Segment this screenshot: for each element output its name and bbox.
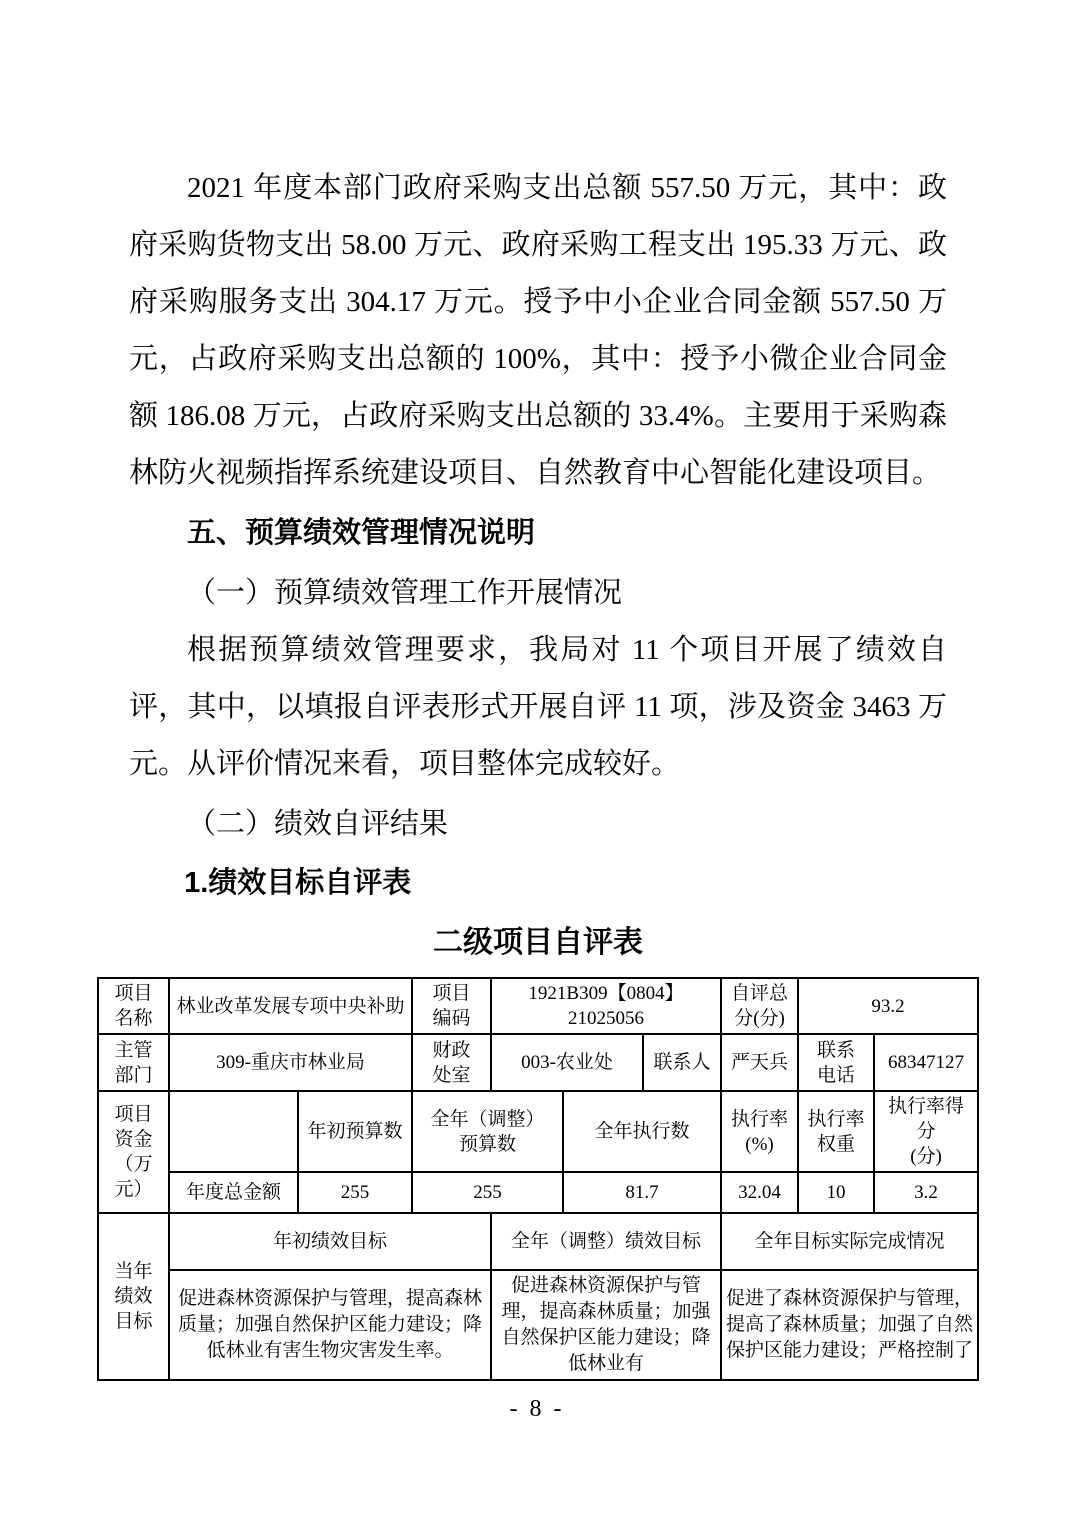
self-score-cell: 93.2: [798, 978, 978, 1034]
self-evaluation-table: 项目 名称 林业改革发展专项中央补助 项目 编码 1921B309【0804】2…: [97, 977, 979, 1381]
self-score-label-cell: 自评总 分(分): [721, 978, 798, 1034]
empty-cell: [169, 1091, 298, 1172]
total-initial-cell: 255: [298, 1172, 412, 1213]
page-number: - 8 -: [0, 1396, 1074, 1423]
total-adjusted-cell: 255: [412, 1172, 563, 1213]
phone-label-cell: 联系 电话: [798, 1034, 874, 1091]
col-adjusted-budget-cell: 全年（调整） 预算数: [412, 1091, 563, 1172]
goal-label-cell: 当年 绩效 目标: [98, 1213, 169, 1380]
table-title: 二级项目自评表: [129, 914, 947, 971]
table-row: 当年 绩效 目标 年初绩效目标 全年（调整）绩效目标 全年目标实际完成情况: [98, 1213, 978, 1270]
total-label-cell: 年度总金额: [169, 1172, 298, 1213]
subheading-work-progress: （一）预算绩效管理工作开展情况: [129, 565, 947, 622]
finance-office-label-cell: 财政 处室: [412, 1034, 491, 1091]
contact-cell: 严天兵: [721, 1034, 798, 1091]
col-exec-weight-cell: 执行率 权重: [798, 1091, 874, 1172]
document-page: 2021 年度本部门政府采购支出总额 557.50 万元，其中：政府采购货物支出…: [0, 0, 1074, 1520]
table-row: 主管 部门 309-重庆市林业局 财政 处室 003-农业处 联系人 严天兵 联…: [98, 1034, 978, 1091]
goal-adjusted-cell: 促进森林资源保护与管理，提高森林质量；加强自然保护区能力建设；降低林业有: [491, 1270, 721, 1380]
subheading-goal-table: 1.绩效目标自评表: [129, 855, 947, 912]
goal-initial-cell: 促进森林资源保护与管理，提高森林质量；加强自然保护区能力建设；降低林业有害生物灾…: [169, 1270, 491, 1380]
funds-label-cell: 项目 资金 （万元）: [98, 1091, 169, 1213]
project-name-cell: 林业改革发展专项中央补助: [169, 978, 412, 1034]
col-executed-cell: 全年执行数: [563, 1091, 721, 1172]
exec-rate-cell: 32.04: [721, 1172, 798, 1213]
col-actual-completion-cell: 全年目标实际完成情况: [721, 1213, 978, 1270]
col-exec-rate-cell: 执行率 (%): [721, 1091, 798, 1172]
project-name-label-cell: 项目 名称: [98, 978, 169, 1034]
dept-cell: 309-重庆市林业局: [169, 1034, 412, 1091]
exec-weight-cell: 10: [798, 1172, 874, 1213]
table-row: 项目 名称 林业改革发展专项中央补助 项目 编码 1921B309【0804】2…: [98, 978, 978, 1034]
finance-office-cell: 003-农业处: [491, 1034, 643, 1091]
heading-section-5: 五、预算绩效管理情况说明: [129, 505, 947, 562]
dept-label-cell: 主管 部门: [98, 1034, 169, 1091]
total-executed-cell: 81.7: [563, 1172, 721, 1213]
table-row: 促进森林资源保护与管理，提高森林质量；加强自然保护区能力建设；降低林业有害生物灾…: [98, 1270, 978, 1380]
project-code-cell: 1921B309【0804】21025056: [491, 978, 721, 1034]
subheading-self-eval-result: （二）绩效自评结果: [129, 796, 947, 853]
col-adjusted-goal-cell: 全年（调整）绩效目标: [491, 1213, 721, 1270]
project-code-label-cell: 项目 编码: [412, 978, 491, 1034]
table-row: 项目 资金 （万元） 年初预算数 全年（调整） 预算数 全年执行数 执行率 (%…: [98, 1091, 978, 1172]
table-row: 年度总金额 255 255 81.7 32.04 10 3.2: [98, 1172, 978, 1213]
paragraph-procurement: 2021 年度本部门政府采购支出总额 557.50 万元，其中：政府采购货物支出…: [129, 160, 947, 502]
goal-actual-cell: 促进了森林资源保护与管理，提高了森林质量；加强了自然保护区能力建设；严格控制了: [721, 1270, 978, 1380]
contact-label-cell: 联系人: [643, 1034, 721, 1091]
exec-score-cell: 3.2: [874, 1172, 978, 1213]
paragraph-performance: 根据预算绩效管理要求，我局对 11 个项目开展了绩效自评，其中，以填报自评表形式…: [129, 622, 947, 793]
col-initial-budget-cell: 年初预算数: [298, 1091, 412, 1172]
col-initial-goal-cell: 年初绩效目标: [169, 1213, 491, 1270]
document-body: 2021 年度本部门政府采购支出总额 557.50 万元，其中：政府采购货物支出…: [129, 160, 947, 971]
col-exec-score-cell: 执行率得分 (分): [874, 1091, 978, 1172]
phone-cell: 68347127: [874, 1034, 978, 1091]
